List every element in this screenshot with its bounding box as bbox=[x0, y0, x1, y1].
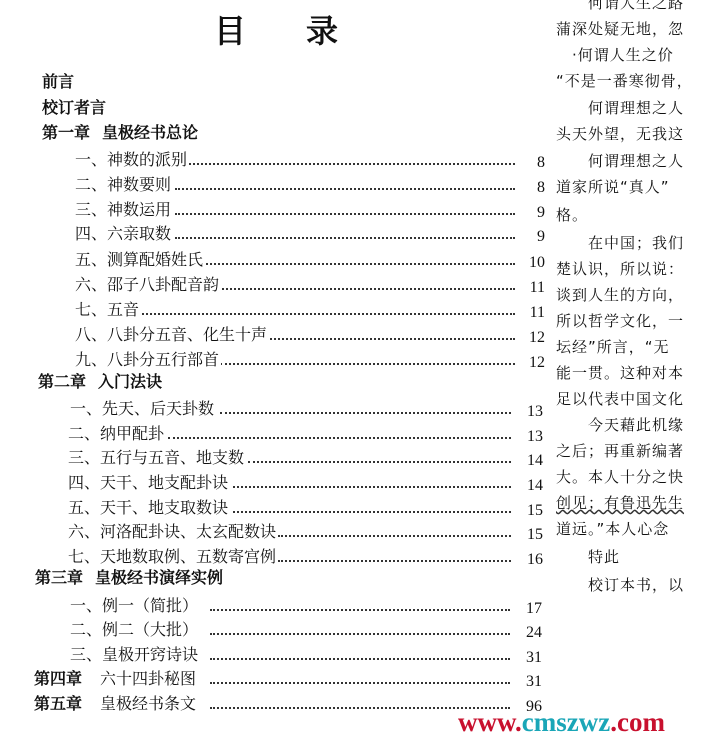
chapter-number: 第四章 bbox=[34, 667, 100, 691]
chapter-title: 皇极经书总论 bbox=[102, 123, 198, 142]
dot-leader bbox=[210, 609, 510, 611]
page-number: 11 bbox=[519, 276, 545, 300]
section-label: 五、天干、地支取数诀 bbox=[68, 496, 230, 520]
text-line-underlined: 创见；有鲁迅先生 bbox=[556, 492, 684, 513]
toc-section[interactable]: 六、邵子八卦配音韵 11 bbox=[75, 273, 545, 297]
dot-leader bbox=[135, 313, 515, 315]
dot-leader bbox=[168, 437, 511, 439]
toc-section[interactable]: 二、神数要则 8 bbox=[75, 173, 545, 197]
page-number: 15 bbox=[517, 523, 543, 547]
section-label: 一、先天、后天卦数 bbox=[70, 397, 216, 421]
section-label: 五、测算配婚姓氏 bbox=[75, 248, 205, 272]
page-number: 9 bbox=[519, 225, 545, 249]
page-number: 8 bbox=[519, 151, 545, 175]
dot-leader bbox=[210, 682, 510, 684]
section-label: 一、例一（简批） bbox=[70, 594, 200, 618]
section-label: 一、神数的派别 bbox=[75, 148, 189, 172]
dot-leader bbox=[220, 412, 511, 414]
dot-leader bbox=[175, 237, 515, 239]
text-line: 道家所说“真人” bbox=[556, 176, 670, 197]
toc-chapter-4[interactable]: 第四章六十四卦秘图 31 bbox=[34, 667, 542, 691]
watermark-prefix: www. bbox=[458, 707, 522, 737]
chapter-number: 第三章 bbox=[35, 566, 95, 590]
adjacent-page-text: 何谓人生之路 蒲深处疑无地，忽 ·何谓人生之价 “不是一番寒彻骨， 何谓理想之人… bbox=[556, 0, 701, 740]
text-line: 蒲深处疑无地，忽 bbox=[556, 18, 684, 39]
dot-leader bbox=[278, 535, 511, 537]
section-label: 九、八卦分五行部首 bbox=[75, 348, 221, 372]
page-number: 14 bbox=[517, 449, 543, 473]
chapter-title: 入门法诀 bbox=[98, 372, 162, 391]
text-line: 校订本书，以 bbox=[556, 574, 684, 595]
dot-leader bbox=[175, 213, 515, 215]
toc-item-label: 前言 bbox=[42, 70, 76, 94]
section-label: 八、八卦分五音、化生十声 bbox=[75, 323, 269, 347]
toc-section[interactable]: 六、河洛配卦诀、太玄配数诀 15 bbox=[68, 520, 543, 544]
dot-leader bbox=[278, 560, 511, 562]
page-number: 14 bbox=[517, 474, 543, 498]
toc-section[interactable]: 五、测算配婚姓氏 10 bbox=[75, 248, 545, 272]
watermark-domain: cmszwz bbox=[522, 707, 610, 737]
text-line: 头天外望，无我这 bbox=[556, 123, 684, 144]
dot-leader bbox=[175, 188, 515, 190]
dot-leader bbox=[185, 163, 515, 165]
text-line: 之后；再重新编著 bbox=[556, 440, 684, 461]
toc-section[interactable]: 一、例一（简批） 17 bbox=[70, 594, 542, 618]
page-number: 16 bbox=[517, 548, 543, 572]
section-label: 四、六亲取数 bbox=[75, 222, 173, 246]
dot-leader bbox=[233, 486, 511, 488]
chapter-number: 第一章 bbox=[42, 121, 102, 145]
dot-leader bbox=[233, 511, 511, 513]
dot-leader bbox=[248, 461, 511, 463]
watermark-suffix: .com bbox=[610, 707, 665, 737]
text-line: 所以哲学文化，一 bbox=[556, 310, 684, 331]
section-label: 三、皇极开窍诗诀 bbox=[70, 643, 200, 667]
text-line: 今天藉此机缘 bbox=[556, 414, 684, 435]
text-line: 能一贯。这种对本 bbox=[556, 362, 684, 383]
text-line: 在中国；我们 bbox=[556, 232, 684, 253]
section-label: 三、神数运用 bbox=[75, 198, 173, 222]
toc-section[interactable]: 二、纳甲配卦 13 bbox=[68, 422, 543, 446]
section-label: 三、五行与五音、地支数 bbox=[68, 446, 246, 470]
page-number: 31 bbox=[516, 670, 542, 694]
page-number: 8 bbox=[519, 176, 545, 200]
chapter-title: 皇极经书条文 bbox=[100, 694, 196, 713]
page-number: 12 bbox=[519, 326, 545, 350]
page-number: 13 bbox=[517, 400, 543, 424]
section-label: 六、邵子八卦配音韵 bbox=[75, 273, 221, 297]
toc-section[interactable]: 二、例二（大批） 24 bbox=[70, 618, 542, 642]
dot-leader bbox=[210, 707, 510, 709]
section-label: 二、神数要则 bbox=[75, 173, 173, 197]
toc-section[interactable]: 七、五音 11 bbox=[75, 298, 545, 322]
dot-leader bbox=[215, 288, 515, 290]
toc-item-label: 校订者言 bbox=[42, 96, 108, 120]
toc-section[interactable]: 一、先天、后天卦数 13 bbox=[70, 397, 543, 421]
table-of-contents: 前言 校订者言 第一章皇极经书总论 一、神数的派别 8 二、神数要则 8 三、神… bbox=[0, 0, 545, 740]
text-line: ·何谓人生之价 bbox=[556, 44, 674, 65]
text-line: 大。本人十分之快 bbox=[556, 466, 684, 487]
dot-leader bbox=[220, 363, 515, 365]
section-label: 六、河洛配卦诀、太玄配数诀 bbox=[68, 520, 278, 544]
section-label: 七、五音 bbox=[75, 298, 141, 322]
toc-section[interactable]: 五、天干、地支取数诀 15 bbox=[68, 496, 543, 520]
toc-section[interactable]: 四、天干、地支配卦诀 14 bbox=[68, 471, 543, 495]
text-line: 足以代表中国文化 bbox=[556, 388, 684, 409]
toc-section[interactable]: 三、神数运用 9 bbox=[75, 198, 545, 222]
text-line: “不是一番寒彻骨， bbox=[556, 70, 693, 91]
page-number: 24 bbox=[516, 621, 542, 645]
toc-section[interactable]: 一、神数的派别 8 bbox=[75, 148, 545, 172]
text-line: 格。 bbox=[556, 204, 588, 225]
section-label: 二、例二（大批） bbox=[70, 618, 200, 642]
text-line: 何谓理想之人 bbox=[556, 97, 684, 118]
page-number: 10 bbox=[519, 251, 545, 275]
section-label: 二、纳甲配卦 bbox=[68, 422, 166, 446]
text-line: 道远。”本人心念 bbox=[556, 518, 669, 539]
toc-section[interactable]: 三、五行与五音、地支数 14 bbox=[68, 446, 543, 470]
chapter-title: 六十四卦秘图 bbox=[100, 669, 196, 688]
text-line: 坛经”所言，“无 bbox=[556, 336, 670, 357]
toc-section[interactable]: 八、八卦分五音、化生十声 12 bbox=[75, 323, 545, 347]
page-number: 11 bbox=[519, 301, 545, 325]
toc-section[interactable]: 九、八卦分五行部首 12 bbox=[75, 348, 545, 372]
text-line: 何谓理想之人 bbox=[556, 150, 684, 171]
toc-section[interactable]: 三、皇极开窍诗诀 31 bbox=[70, 643, 542, 667]
chapter-number: 第二章 bbox=[38, 370, 98, 394]
dot-leader bbox=[195, 263, 515, 265]
page-number: 12 bbox=[519, 351, 545, 375]
text-line: 谈到人生的方向， bbox=[556, 284, 684, 305]
text-line: 何谓人生之路 bbox=[556, 0, 684, 13]
watermark: www.cmszwz.com bbox=[458, 707, 665, 738]
chapter-title: 皇极经书演绎实例 bbox=[95, 568, 223, 587]
toc-section[interactable]: 四、六亲取数 9 bbox=[75, 222, 545, 246]
chapter-number: 第五章 bbox=[34, 692, 100, 716]
dot-leader bbox=[210, 633, 510, 635]
text-line: 楚认识，所以说： bbox=[556, 258, 684, 279]
section-label: 四、天干、地支配卦诀 bbox=[68, 471, 230, 495]
text-line: 特此 bbox=[556, 546, 620, 567]
dot-leader bbox=[255, 338, 515, 340]
dot-leader bbox=[210, 658, 510, 660]
